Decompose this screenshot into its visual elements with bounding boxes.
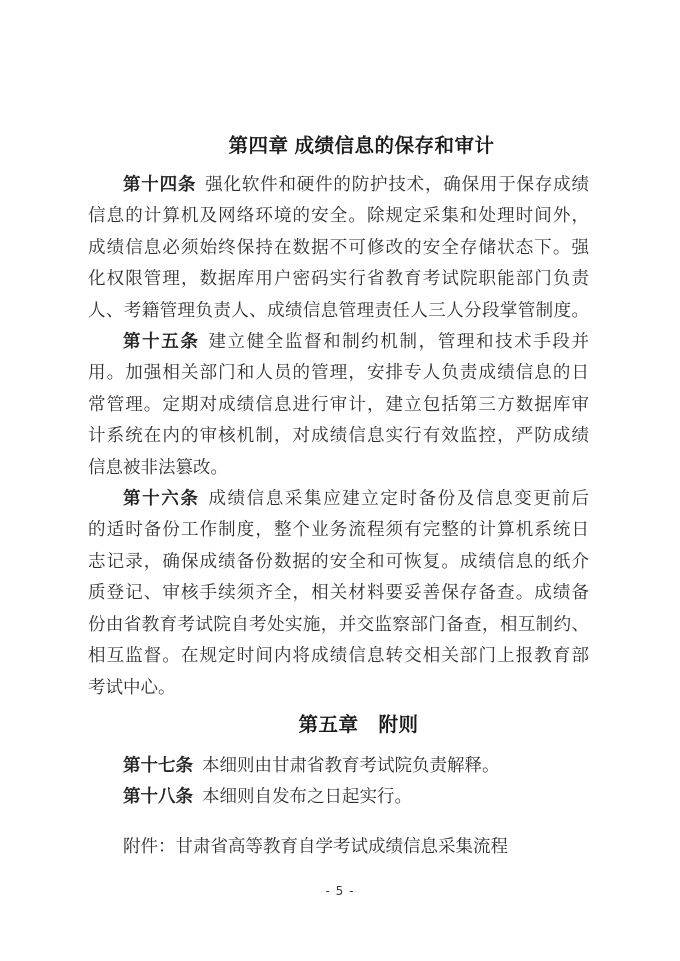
article-16-line-1: 成绩信息采集应建立定时备份及信息变更前后 <box>208 488 589 508</box>
article-18-number: 第十八条 <box>123 786 193 806</box>
article-15-number: 第十五条 <box>123 331 199 351</box>
article-16: 第十六条成绩信息采集应建立定时备份及信息变更前后 的适时备份工作制度，整个业务流… <box>88 483 589 703</box>
article-17-number: 第十七条 <box>123 755 193 775</box>
page-content: 第四章 成绩信息的保存和审计 第十四条强化软件和硬件的防护技术，确保用于保存成绩… <box>88 133 589 862</box>
article-14-line-2: 信息的计算机及网络环境的安全。除规定采集和处理时间外， <box>88 200 589 231</box>
article-16-line-6: 相互监督。在规定时间内将成绩信息转交相关部门上报教育部 <box>88 640 589 671</box>
article-16-line-2: 的适时备份工作制度，整个业务流程须有完整的计算机系统日 <box>88 514 589 545</box>
article-15-line-2: 用。加强相关部门和人员的管理，安排专人负责成绩信息的日 <box>88 357 589 388</box>
text-line: 第十四条强化软件和硬件的防护技术，确保用于保存成绩 <box>88 169 589 200</box>
article-18: 第十八条本细则自发布之日起实行。 <box>88 781 589 812</box>
text-line: 第十五条建立健全监督和制约机制，管理和技术手段并 <box>88 326 589 357</box>
chapter-4-heading: 第四章 成绩信息的保存和审计 <box>88 133 589 159</box>
article-15-line-4: 计系统在内的审核机制，对成绩信息实行有效监控，严防成绩 <box>88 420 589 451</box>
attachment-note: 附件：甘肃省高等教育自学考试成绩信息采集流程 <box>88 831 589 862</box>
article-15: 第十五条建立健全监督和制约机制，管理和技术手段并 用。加强相关部门和人员的管理，… <box>88 326 589 483</box>
text-line: 第十六条成绩信息采集应建立定时备份及信息变更前后 <box>88 483 589 514</box>
article-17-text: 本细则由甘肃省教育考试院负责解释。 <box>202 755 500 775</box>
attachment-text: 附件：甘肃省高等教育自学考试成绩信息采集流程 <box>88 831 589 862</box>
chapter-5-heading: 第五章 附则 <box>88 712 589 738</box>
article-14-number: 第十四条 <box>123 174 196 194</box>
article-16-number: 第十六条 <box>123 488 199 508</box>
page-number: - 5 - <box>0 884 680 898</box>
text-line: 第十八条本细则自发布之日起实行。 <box>88 781 589 812</box>
article-16-line-4: 质登记、审核手续须齐全，相关材料要妥善保存备查。成绩备 <box>88 577 589 608</box>
article-15-line-3: 常管理。定期对成绩信息进行审计，建立包括第三方数据库审 <box>88 389 589 420</box>
article-16-line-7: 考试中心。 <box>88 672 589 703</box>
article-16-line-3: 志记录，确保成绩备份数据的安全和可恢复。成绩信息的纸介 <box>88 546 589 577</box>
article-14-line-3: 成绩信息必须始终保持在数据不可修改的安全存储状态下。强 <box>88 232 589 263</box>
article-16-line-5: 份由省教育考试院自考处实施，并交监察部门备查，相互制约、 <box>88 609 589 640</box>
article-17: 第十七条本细则由甘肃省教育考试院负责解释。 <box>88 750 589 781</box>
article-15-line-5: 信息被非法篡改。 <box>88 452 589 483</box>
text-line: 第十七条本细则由甘肃省教育考试院负责解释。 <box>88 750 589 781</box>
article-14-line-5: 人、考籍管理负责人、成绩信息管理责任人三人分段掌管制度。 <box>88 295 589 326</box>
article-14-line-4: 化权限管理，数据库用户密码实行省教育考试院职能部门负责 <box>88 263 589 294</box>
article-18-text: 本细则自发布之日起实行。 <box>202 786 412 806</box>
document-page: 第四章 成绩信息的保存和审计 第十四条强化软件和硬件的防护技术，确保用于保存成绩… <box>0 0 680 961</box>
article-15-line-1: 建立健全监督和制约机制，管理和技术手段并 <box>208 331 589 351</box>
article-14-line-1: 强化软件和硬件的防护技术，确保用于保存成绩 <box>205 174 589 194</box>
article-14: 第十四条强化软件和硬件的防护技术，确保用于保存成绩 信息的计算机及网络环境的安全… <box>88 169 589 326</box>
